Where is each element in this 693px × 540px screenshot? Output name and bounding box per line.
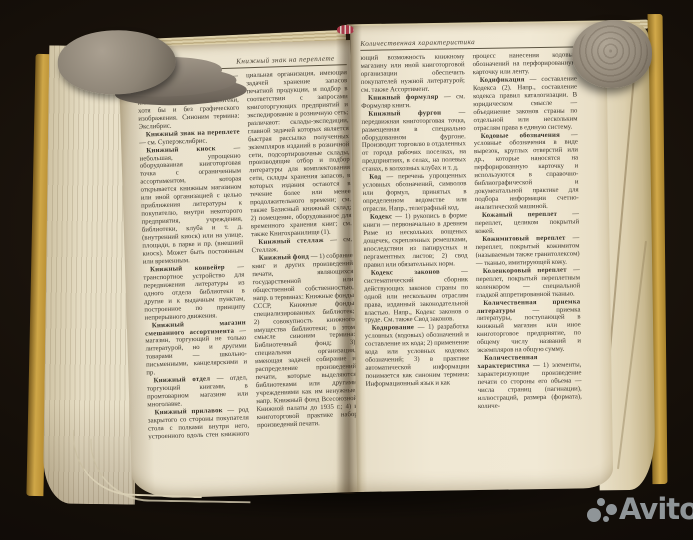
dictionary-entry: Кодирование — 1) разработка условных (ко… xyxy=(365,324,470,389)
dictionary-entry: процесс нанесения кодовых обозначений на… xyxy=(472,51,576,76)
pebble-page-weight xyxy=(572,20,652,88)
dictionary-entry: Коленкоровый переплет — переплет, покрыт… xyxy=(476,266,580,299)
entry-headword: Количественная приемка литературы xyxy=(476,298,580,315)
entry-headword: Кожимитовый переплет xyxy=(482,234,572,242)
right-page-content: Количественная характеристика 127 ющий в… xyxy=(350,22,612,419)
text-column: процесс нанесения кодовых обозначений на… xyxy=(472,51,582,417)
dictionary-entry: Книжный отдел — отдел, торгующий книгами… xyxy=(147,375,249,410)
entry-headword: Коленкоровый переплет xyxy=(483,266,573,274)
headband-ribbon xyxy=(337,25,354,34)
logo-dot xyxy=(587,508,601,522)
dictionary-entry: Книжный формуляр — см. Формуляр книги. xyxy=(361,93,465,111)
entry-headword: Книжный фургон xyxy=(368,109,458,117)
dictionary-entry: Кожимитовый переплет — переплет, покрыты… xyxy=(475,234,579,267)
entry-headword: Кодекс xyxy=(370,213,395,220)
text-column: ющий возможность книжному магазину или и… xyxy=(360,53,470,419)
entry-headword: Книжный киоск xyxy=(146,144,233,154)
dictionary-entry: Кодовые обозначения — условные обозначен… xyxy=(474,131,579,212)
entry-headword: Кодовые обозначения xyxy=(481,131,571,139)
entry-headword: Книжный формуляр xyxy=(368,93,444,101)
text-column: циальная организация, имеющая задачей хр… xyxy=(246,69,358,436)
logo-dot xyxy=(597,498,605,506)
dictionary-entry: Кодификация — составление Кодекса (2). Н… xyxy=(473,75,578,132)
entry-headword: Количественная характеристика xyxy=(477,354,537,370)
entry-headword: Книжный стеллаж xyxy=(258,237,330,246)
entry-headword: Книжный магазин смешанного ассортимента xyxy=(145,319,246,337)
dictionary-entry: Книжный фургон — передвижная книготоргов… xyxy=(361,109,466,174)
dictionary-entry: циальная организация, имеющая задачей хр… xyxy=(246,69,352,239)
left-page-columns: обложке; 2) в широком смысле — наклеивае… xyxy=(137,69,358,439)
dictionary-entry: Количественная приемка литературы — прие… xyxy=(476,298,581,355)
avito-wordmark: Avito xyxy=(619,491,693,527)
text-column: обложке; 2) в широком смысле — наклеивае… xyxy=(137,73,249,440)
entry-headword: Книжный прилавок xyxy=(155,407,228,416)
logo-dot xyxy=(606,504,617,515)
dictionary-entry: Кожаный переплет — переплет, целиком пок… xyxy=(475,210,579,235)
logo-dot xyxy=(603,516,609,522)
entry-headword: Книжный конвейер xyxy=(150,264,237,274)
entry-headword: Кодирование xyxy=(372,324,418,332)
entry-headword: Кодекс законов xyxy=(371,268,461,276)
entry-headword: Кожаный переплет xyxy=(482,211,572,219)
entry-headword: Книжный отдел xyxy=(154,376,217,385)
avito-watermark: Avito xyxy=(584,491,693,527)
dictionary-entry: Кодекс — 1) рукопись в форме книги — пер… xyxy=(363,212,468,269)
dictionary-entry: Книжный киоск — небольшая, упрощенно обо… xyxy=(139,144,244,266)
entry-headword: Книжный знак на переплете xyxy=(146,128,240,138)
dictionary-entry: Книжный конвейер — транспортное устройст… xyxy=(143,263,246,322)
right-page: Количественная характеристика 127 ющий в… xyxy=(350,22,613,492)
entry-headword: Код xyxy=(369,174,386,181)
dictionary-entry: Код — перечень упрощенных условных обозн… xyxy=(362,172,467,213)
dictionary-entry: Количественная характеристика — 1) элеме… xyxy=(477,354,582,411)
dictionary-entry: Книжный фонд — 1) собрание книг и других… xyxy=(252,252,358,430)
entry-headword: Книжный фонд xyxy=(259,253,311,262)
right-page-columns: ющий возможность книжному магазину или и… xyxy=(360,51,594,419)
dictionary-entry: ющий возможность книжному магазину или и… xyxy=(360,53,465,94)
dictionary-entry: Книжный магазин смешанного ассортимента … xyxy=(145,319,248,378)
pebble-stack-page-weight xyxy=(57,23,250,114)
dictionary-entry: Кодекс законов — систематический сборник… xyxy=(364,268,469,325)
avito-dots-logo-icon xyxy=(584,491,619,527)
right-running-head: Количественная характеристика xyxy=(360,38,475,48)
entry-headword: Кодификация xyxy=(480,76,530,84)
book-photo: Книжный знак на переплете обложке; 2) в … xyxy=(0,0,693,540)
